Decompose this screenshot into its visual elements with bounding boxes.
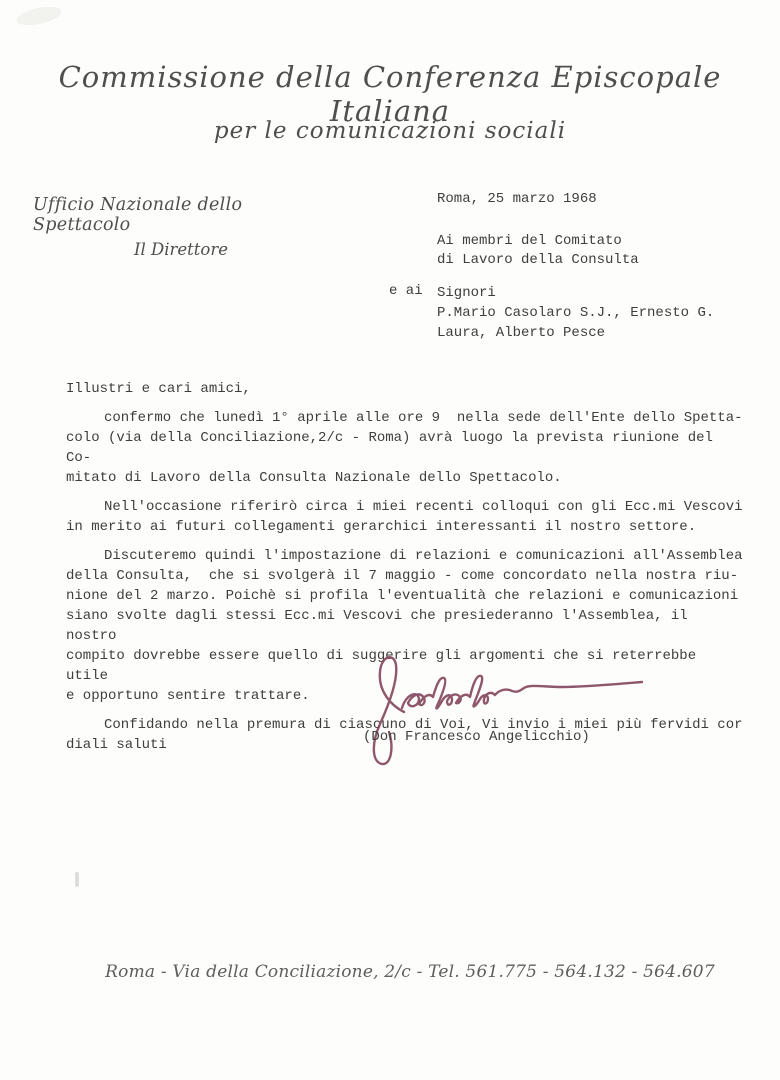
- office-block: Ufficio Nazionale dello Spettacolo Il Di…: [33, 195, 329, 259]
- office-role: Il Direttore: [33, 240, 329, 259]
- dateline: Roma, 25 marzo 1968: [437, 191, 597, 207]
- footer-address: Roma - Via della Conciliazione, 2/c - Te…: [30, 962, 780, 982]
- scan-artifact: [15, 3, 63, 28]
- letter-page: Commissione della Conferenza Episcopale …: [0, 0, 780, 1080]
- signature-typed-name: (Don Francesco Angelicchio): [363, 729, 590, 745]
- recipient-block: Ai membri del Comitato di Lavoro della C…: [437, 232, 639, 270]
- letter-body: Illustri e cari amici, confermo che lune…: [66, 379, 744, 755]
- scan-artifact: [75, 872, 79, 887]
- body-paragraph-3: Discuteremo quindi l'impostazione di rel…: [66, 546, 744, 706]
- body-paragraph-1: confermo che lunedì 1° aprile alle ore 9…: [66, 408, 744, 488]
- salutation: Illustri e cari amici,: [66, 379, 744, 399]
- letterhead-org-subtitle: per le comunicazioni sociali: [0, 118, 780, 144]
- cc-intro: e ai: [389, 283, 423, 299]
- cc-block: Signori P.Mario Casolaro S.J., Ernesto G…: [437, 283, 714, 343]
- body-paragraph-2: Nell'occasione riferirò circa i miei rec…: [66, 497, 744, 537]
- office-title: Ufficio Nazionale dello Spettacolo: [33, 195, 329, 235]
